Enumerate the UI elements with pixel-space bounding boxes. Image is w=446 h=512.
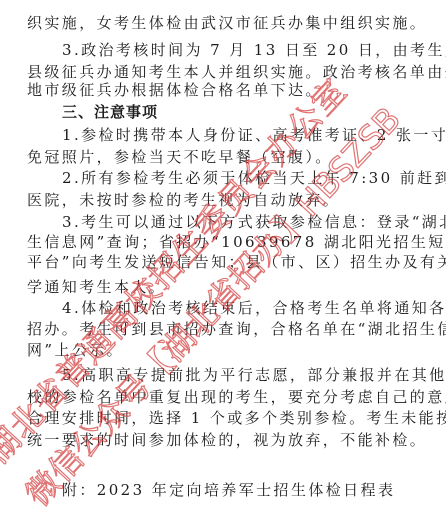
text-line: 网”上公示。	[27, 341, 407, 359]
text-line: 3.政治考核时间为 7 月 13 日至 20 日，由考生户籍地	[62, 41, 442, 59]
text-line: 平台”向考生发送短信告知；县（市、区）招生办及有关中	[27, 253, 407, 271]
text-line: 学通知考生本人。	[27, 278, 407, 296]
text-line: 5.高职高专提前批为平行志愿，部分兼报并在其他类院	[62, 366, 442, 384]
text-line: 3.考生可以通过以下方式获取参检信息：登录“湖北招	[62, 213, 442, 231]
text-line: 免冠照片，参检当天不吃早餐（空腹）。	[27, 148, 407, 166]
text-line: 招办。考生可到县市招办查询，合格名单在“湖北招生信息	[27, 320, 407, 338]
text-line: 生信息网”查询；省招办“10639678 湖北阳光招生短信服务	[27, 233, 407, 251]
text-line: 县级征兵办通知考生本人并组织实施。政治考核名单由生源	[27, 63, 407, 81]
attachment-note: 附：2023 年定向培养军士招生体检日程表	[62, 481, 442, 499]
section-heading: 三、注意事项	[62, 103, 442, 121]
text-line: 织实施，女考生体检由武汉市征兵办集中组织实施。	[27, 14, 407, 32]
text-line: 校的参检名单中重复出现的考生，要充分考虑自己的意愿，	[27, 388, 407, 406]
text-line: 医院，未按时参检的考生视为自动放弃。	[27, 191, 407, 209]
text-line: 1.参检时携带本人身份证、高考准考证、2 张一寸彩色	[62, 126, 442, 144]
text-line: 合理安排时间，选择 1 个或多个类别参检。考生未能按全省	[27, 409, 407, 427]
text-line: 统一要求的时间参加体检的，视为放弃，不能补检。	[27, 431, 407, 449]
text-line: 4.体检和政治考核结束后，合格考生名单将通知各县市	[62, 299, 442, 317]
text-line: 地市级征兵办根据体检合格名单下达。	[27, 81, 407, 99]
text-line: 2.所有参检考生必须于体检当天上午 7:30 前赶到指定	[62, 169, 442, 187]
document-page: 织实施，女考生体检由武汉市征兵办集中组织实施。 3.政治考核时间为 7 月 13…	[0, 0, 446, 512]
